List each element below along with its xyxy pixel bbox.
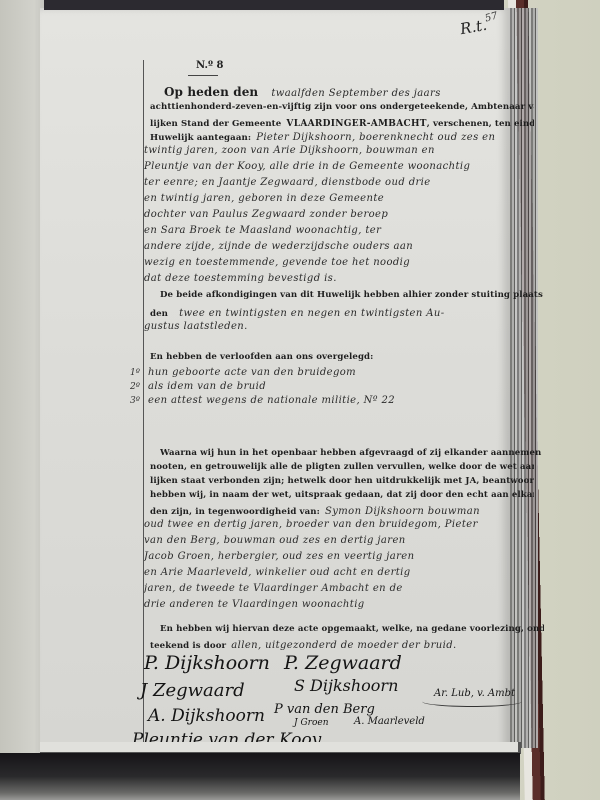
- ceremony-line-last: den zijn, in tegenwoordigheid van: Symon…: [150, 502, 534, 518]
- opening-line-1: Op heden den twaalfden September des jaa…: [150, 84, 534, 100]
- opening-print-1: Op heden den: [164, 85, 258, 99]
- opening-hand-line: twintig jaren, zoon van Arie Dijkshoorn,…: [144, 144, 528, 160]
- top-dark-band: [44, 0, 504, 10]
- opening-line-4: Huwelijk aantegaan: Pieter Dijkshoorn, b…: [150, 128, 534, 144]
- witness-line: oud twee en dertig jaren, broeder van de…: [144, 518, 528, 534]
- signature-bride-father: P. Zegwaard: [284, 652, 402, 674]
- opening-hand-line: dat deze toestemming bevestigd is.: [144, 272, 528, 288]
- witness-line: van den Berg, bouwman oud zes en dertig …: [144, 534, 528, 550]
- document-item-number: 2º: [130, 382, 140, 392]
- document-item-number: 1º: [130, 368, 140, 378]
- signature-witness-4: A. Maarleveld: [354, 716, 425, 727]
- groom-entry: Pieter Dijkshoorn, boerenknecht oud zes …: [256, 132, 495, 143]
- banns-print-2: den: [150, 309, 168, 319]
- witness-line: Jacob Groen, herbergier, oud zes en veer…: [144, 550, 528, 566]
- closing-line-2: teekend is door allen, uitgezonderd de m…: [150, 636, 534, 652]
- record-number-underline: [188, 75, 218, 76]
- closing-print-2: teekend is door: [150, 641, 226, 651]
- signature-witness-3: J Groen: [294, 718, 329, 728]
- opening-hand-line: en twintig jaren, geboren in deze Gemeen…: [144, 192, 528, 208]
- marriage-record-form: N.º 8 Op heden den twaalfden September d…: [143, 60, 524, 750]
- banns-print-1: De beide afkondigingen van dit Huwelijk …: [160, 288, 544, 304]
- opening-hand-line: andere zijde, zijnde de wederzijdsche ou…: [144, 240, 528, 256]
- registrar-flourish: [422, 696, 522, 707]
- folio-mark: R.t.: [459, 16, 489, 38]
- opening-hand-line: wezig en toestemmende, gevende toe het n…: [144, 256, 528, 272]
- bottom-shadow: [0, 753, 520, 800]
- opening-hand-1: twaalfden September des jaars: [271, 88, 440, 99]
- banns-line-2: den twee en twintigsten en negen en twin…: [150, 304, 534, 320]
- signature-groom-father: A. Dijkshoorn: [148, 706, 265, 726]
- banns-hand-3: gustus laatstleden.: [144, 320, 528, 336]
- opening-hand-line: Pleuntje van der Kooy, alle drie in de G…: [144, 160, 528, 176]
- signature-witness-2: P van den Berg: [274, 702, 375, 717]
- signature-groom: P. Dijkshoorn: [144, 652, 270, 674]
- opening-hand-line: dochter van Paulus Zegwaard zonder beroe…: [144, 208, 528, 224]
- first-witness: Symon Dijkshoorn bouwman: [325, 506, 480, 517]
- opening-hand-line: ter eenre; en Jaantje Zegwaard, dienstbo…: [144, 176, 528, 192]
- folio-number: 57: [484, 11, 499, 25]
- document-item-number: 3º: [130, 396, 140, 406]
- banns-dates: twee en twintigsten en negen en twintigs…: [179, 308, 444, 319]
- record-number: N.º 8: [196, 60, 223, 71]
- opening-print-4: Huwelijk aantegaan:: [150, 133, 251, 143]
- documents-heading: En hebben de verloofden aan ons overgele…: [150, 350, 534, 366]
- witness-line: en Arie Maarleveld, winkelier oud acht e…: [144, 566, 528, 582]
- closing-signers: allen, uitgezonderd de moeder der bruid.: [231, 640, 456, 651]
- witness-line: jaren, de tweede te Vlaardinger Ambacht …: [144, 582, 528, 598]
- witness-line: drie anderen te Vlaardingen woonachtig: [144, 598, 528, 614]
- ceremony-print-last: den zijn, in tegenwoordigheid van:: [150, 507, 320, 517]
- register-page: R.t. 57 N.º 8 Op heden den twaalfden Sep…: [40, 8, 510, 753]
- signature-bride: J Zegwaard: [140, 680, 245, 701]
- signature-witness-1: S Dijkshoorn: [294, 676, 398, 695]
- opening-hand-line: en Sara Broek te Maasland woonachtig, te…: [144, 224, 528, 240]
- document-item: een attest wegens de nationale militie, …: [148, 394, 532, 410]
